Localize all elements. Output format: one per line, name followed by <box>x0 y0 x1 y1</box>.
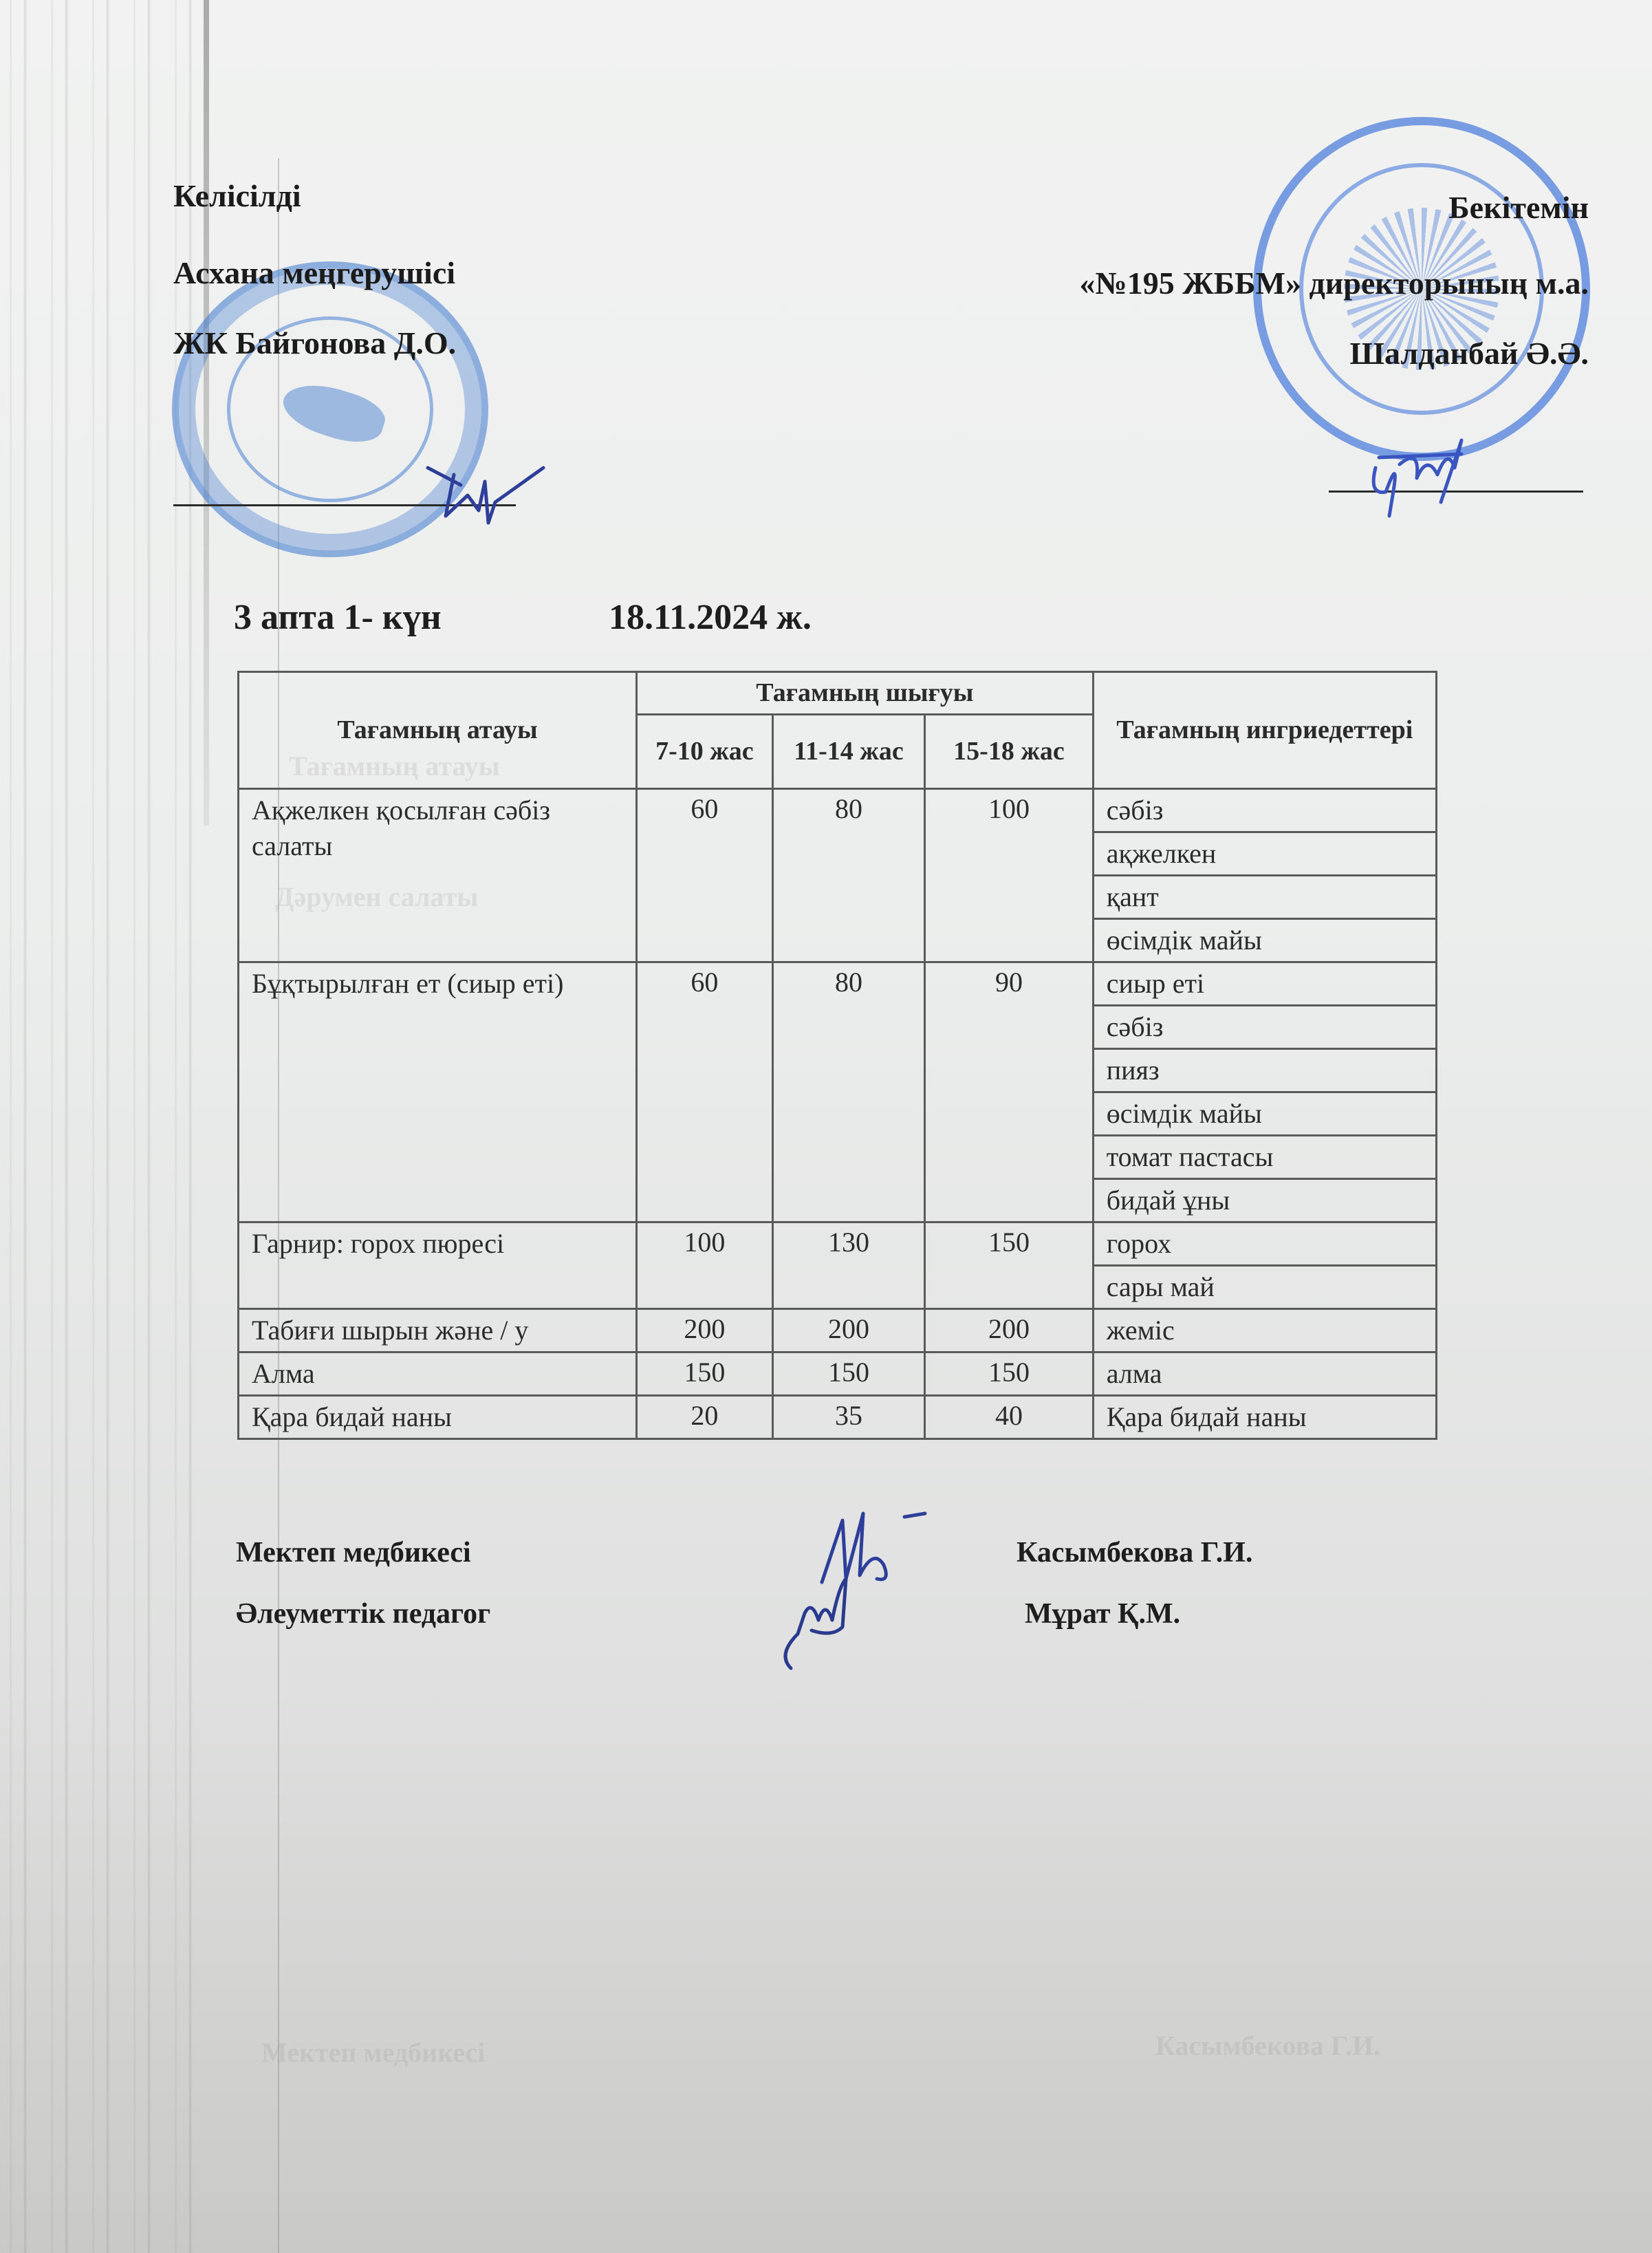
table-row: Бұқтырылған ет (сиыр еті)608090сиыр еті <box>239 962 1437 1006</box>
header-age-15-18: 15-18 жас <box>925 715 1093 789</box>
ingredient: ақжелкен <box>1093 832 1436 876</box>
agreed-signature-line <box>173 504 516 506</box>
ingredient: бидай ұны <box>1093 1179 1436 1222</box>
menu-date: 18.11.2024 ж. <box>609 597 812 638</box>
agreed-name: ЖК Байгонова Д.О. <box>173 325 456 361</box>
ingredient: сиыр еті <box>1093 962 1436 1006</box>
nurse-role: Мектеп медбикесі <box>236 1536 471 1569</box>
portion-11-14: 80 <box>772 962 925 1222</box>
portion-11-14: 150 <box>772 1352 925 1396</box>
ingredient: сары май <box>1093 1266 1436 1309</box>
portion-15-18: 90 <box>925 962 1093 1222</box>
ingredient: пияз <box>1093 1049 1436 1092</box>
agreed-role: Асхана меңгерушісі <box>173 255 455 291</box>
menu-table: Тағамның атауы Тағамның шығуы Тағамның и… <box>237 671 1437 1440</box>
ingredient: өсімдік майы <box>1093 1092 1436 1136</box>
portion-7-10: 20 <box>637 1396 773 1439</box>
show-through-text: Мектеп медбикесі <box>261 2036 485 2069</box>
eagle-emblem-icon <box>277 374 390 452</box>
agreed-title: Келісілді <box>173 177 301 214</box>
header-output: Тағамның шығуы <box>637 672 1094 715</box>
social-pedagogue-role: Әлеуметтік педагог <box>236 1597 490 1630</box>
ingredient: сәбіз <box>1093 789 1436 832</box>
approved-title: Бекітемін <box>1448 189 1589 226</box>
table-row: Қара бидай наны203540Қара бидай наны <box>239 1396 1437 1439</box>
header-age-11-14: 11-14 жас <box>772 715 925 789</box>
approved-role: «№195 ЖББМ» директорының м.а. <box>1080 265 1589 301</box>
portion-7-10: 200 <box>637 1309 773 1352</box>
dish-name: Қара бидай наны <box>239 1396 637 1439</box>
ingredient: алма <box>1093 1352 1436 1396</box>
social-pedagogue-signature <box>770 1572 880 1675</box>
dish-name: Бұқтырылған ет (сиыр еті) <box>239 962 637 1222</box>
dish-name: Алма <box>239 1352 637 1396</box>
ingredient: Қара бидай наны <box>1093 1396 1436 1439</box>
kitchen-manager-stamp <box>172 261 488 557</box>
ingredient: қант <box>1093 876 1436 919</box>
portion-11-14: 35 <box>772 1396 925 1439</box>
menu-table-body: Ақжелкен қосылған сәбіз салаты6080100сәб… <box>239 789 1437 1439</box>
page-edge-shadow <box>204 0 209 826</box>
ingredient: өсімдік майы <box>1093 919 1436 962</box>
portion-11-14: 130 <box>772 1222 925 1309</box>
approved-name: Шалданбай Ә.Ә. <box>1350 335 1589 371</box>
portion-7-10: 100 <box>637 1222 773 1309</box>
dish-name: Ақжелкен қосылған сәбіз салаты <box>239 789 637 962</box>
ingredient: сәбіз <box>1093 1006 1436 1049</box>
kitchen-manager-signature <box>413 454 550 530</box>
ingredient: томат пастасы <box>1093 1136 1436 1179</box>
show-through-text: Касымбекова Г.И. <box>1155 2029 1380 2062</box>
approved-signature-line <box>1329 491 1583 493</box>
portion-7-10: 60 <box>637 962 773 1222</box>
portion-11-14: 80 <box>772 789 925 962</box>
social-pedagogue-name: Мұрат Қ.М. <box>1025 1597 1180 1630</box>
header-age-7-10: 7-10 жас <box>637 715 773 789</box>
table-row: Алма150150150алма <box>239 1352 1437 1396</box>
ingredient: горох <box>1093 1222 1436 1266</box>
portion-7-10: 60 <box>637 789 773 962</box>
table-row: Табиғи шырын және / у200200200жеміс <box>239 1309 1437 1352</box>
header-ingredients: Тағамның ингриедеттері <box>1093 672 1436 789</box>
header-dish-name: Тағамның атауы <box>239 672 637 789</box>
portion-15-18: 150 <box>925 1222 1093 1309</box>
portion-15-18: 150 <box>925 1352 1093 1396</box>
nurse-name: Касымбекова Г.И. <box>1017 1536 1252 1569</box>
portion-7-10: 150 <box>637 1352 773 1396</box>
portion-15-18: 40 <box>925 1396 1093 1439</box>
table-row: Гарнир: горох пюресі100130150горох <box>239 1222 1437 1266</box>
week-day-label: 3 апта 1- күн <box>234 597 442 638</box>
dish-name: Табиғи шырын және / у <box>239 1309 637 1352</box>
dish-name: Гарнир: горох пюресі <box>239 1222 637 1309</box>
ingredient: жеміс <box>1093 1309 1436 1352</box>
portion-15-18: 100 <box>925 789 1093 962</box>
table-row: Ақжелкен қосылған сәбіз салаты6080100сәб… <box>239 789 1437 832</box>
director-signature <box>1358 427 1489 523</box>
nurse-signature <box>808 1500 966 1596</box>
portion-15-18: 200 <box>925 1309 1093 1352</box>
portion-11-14: 200 <box>772 1309 925 1352</box>
